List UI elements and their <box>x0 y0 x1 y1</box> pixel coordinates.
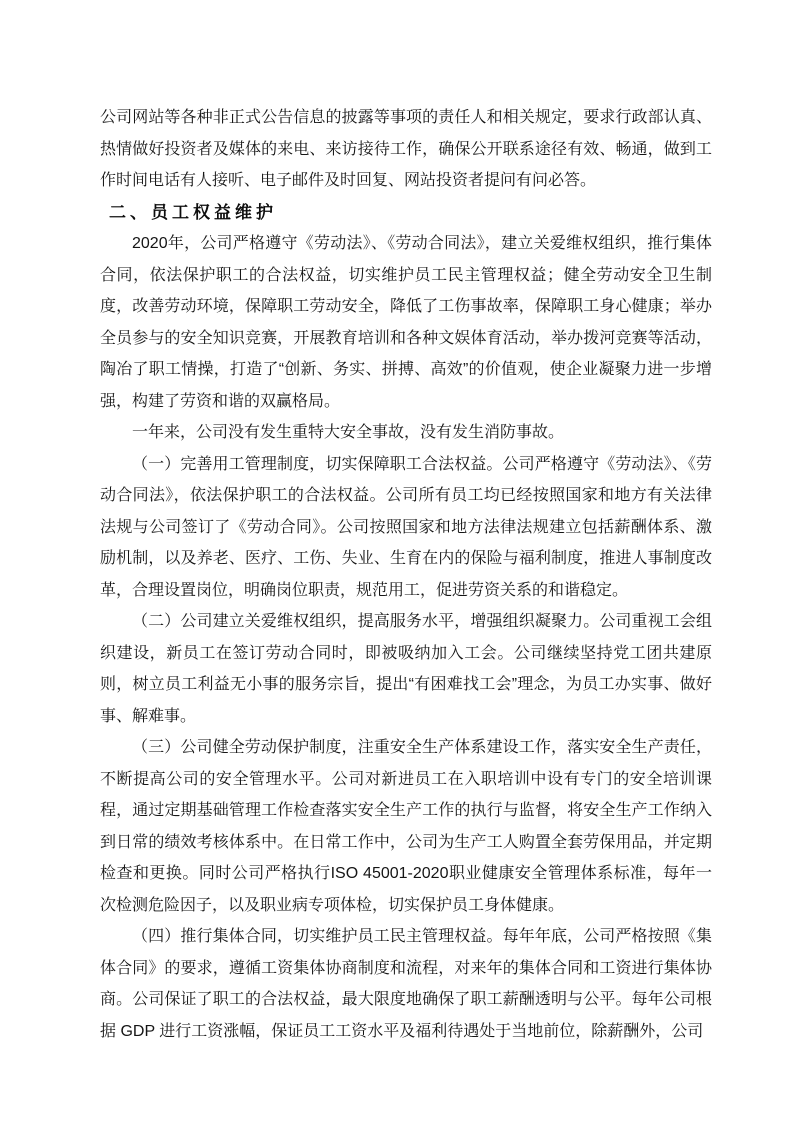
paragraph-safety-summary: 一年来，公司没有发生重特大安全事故，没有发生消防事故。 <box>100 417 712 449</box>
paragraph-item-3-labor-protection: （三）公司健全劳动保护制度，注重安全生产体系建设工作，落实安全生产责任，不断提高… <box>100 732 712 921</box>
paragraph-continuation: 公司网站等各种非正式公告信息的披露等事项的责任人和相关规定，要求行政部认真、热情… <box>100 102 712 197</box>
paragraph-item-1-employment-management: （一）完善用工管理制度，切实保障职工合法权益。公司严格遵守《劳动法》、《劳动合同… <box>100 449 712 607</box>
paragraph-item-2-union-organization: （二）公司建立关爱维权组织，提高服务水平，增强组织凝聚力。公司重视工会组织建设，… <box>100 606 712 732</box>
paragraph-overview-2020: 2020年，公司严格遵守《劳动法》、《劳动合同法》，建立关爱维权组织，推行集体合… <box>100 228 712 417</box>
paragraph-item-4-collective-contract: （四）推行集体合同，切实维护员工民主管理权益。每年年底，公司严格按照《集体合同》… <box>100 921 712 1047</box>
section-heading: 二、员工权益维护 <box>100 197 712 229</box>
document-page: 公司网站等各种非正式公告信息的披露等事项的责任人和相关规定，要求行政部认真、热情… <box>100 102 712 1047</box>
